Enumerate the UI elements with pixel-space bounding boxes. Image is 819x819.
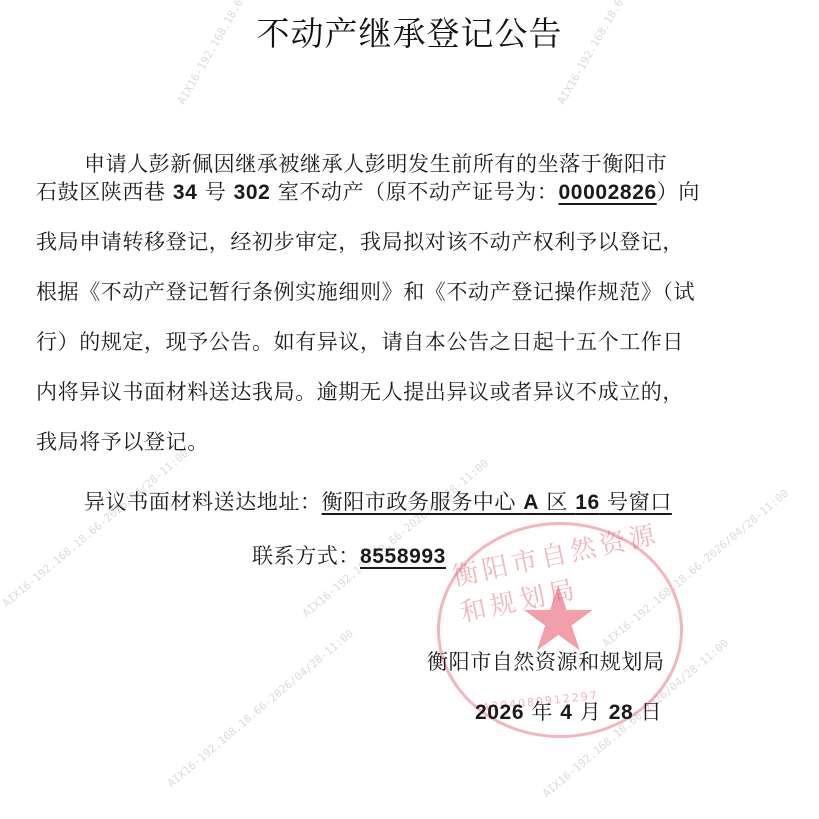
body-line-6: 内将异议书面材料送达我局。逾期无人提出异议或者异议不成立的， <box>36 376 684 406</box>
address-line: 异议书面材料送达地址：衡阳市政务服务中心 A 区 16 号窗口 <box>84 486 672 516</box>
document-title: 不动产继承登记公告 <box>0 8 819 55</box>
address-label: 异议书面材料送达地址： <box>84 490 322 514</box>
body-text: 内将异议书面材料送达我局。逾期无人提出异议或者异议不成立的， <box>36 380 684 404</box>
issuer-name: 衡阳市自然资源和规划局 <box>427 646 665 676</box>
body-line-3: 我局申请转移登记，经初步审定，我局拟对该不动产权利予以登记， <box>36 226 684 256</box>
address-value: 衡阳市政务服务中心 A 区 16 号窗口 <box>322 490 672 514</box>
contact-value: 8558993 <box>360 545 446 568</box>
contact-line: 联系方式：8558993 <box>252 540 446 570</box>
body-text: 号 <box>197 180 233 204</box>
body-line-5: 行）的规定，现予公告。如有异议，请自本公告之日起十五个工作日 <box>36 326 684 356</box>
certificate-number: 00002826 <box>559 181 657 204</box>
watermark: AIX16-192.168.18.66-2026/04/28-11:00 <box>0 447 191 610</box>
room-number: 302 <box>234 181 271 204</box>
body-line-4: 根据《不动产登记暂行条例实施细则》和《不动产登记操作规范》（试 <box>36 276 695 306</box>
body-text: 我局申请转移登记，经初步审定，我局拟对该不动产权利予以登记， <box>36 230 684 254</box>
body-text: 申请人彭新佩因继承被继承人彭明发生前所有的坐落于衡阳市 <box>84 152 667 176</box>
body-text: 行）的规定，现予公告。如有异议，请自本公告之日起十五个工作日 <box>36 330 684 354</box>
body-line-1: 申请人彭新佩因继承被继承人彭明发生前所有的坐落于衡阳市 <box>84 148 667 178</box>
house-number: 34 <box>173 181 198 204</box>
body-text: 室不动产（原不动产证号为： <box>270 180 558 204</box>
issue-date: 2026 年 4 月 28 日 <box>475 696 662 726</box>
body-line-2: 石鼓区陕西巷 34 号 302 室不动产（原不动产证号为：00002826）向 <box>36 176 700 206</box>
body-text: 石鼓区陕西巷 <box>36 180 173 204</box>
body-text: 根据《不动产登记暂行条例实施细则》和《不动产登记操作规范》（试 <box>36 280 695 304</box>
body-text: 我局将予以登记。 <box>36 430 209 454</box>
contact-label: 联系方式： <box>252 544 360 568</box>
body-line-7: 我局将予以登记。 <box>36 426 209 456</box>
body-text: ）向 <box>657 180 700 204</box>
watermark: AIX16-192.168.18.66-2026/04/28-11:00 <box>165 627 356 790</box>
